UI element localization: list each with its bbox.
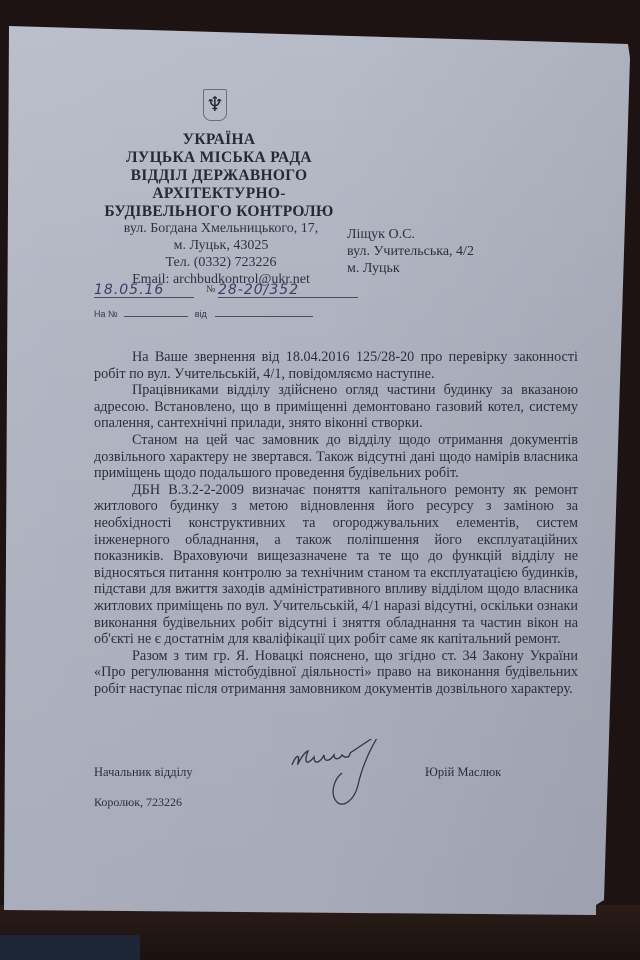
letterhead-line: ЛУЦЬКА МІСЬКА РАДА (90, 149, 348, 167)
body-paragraph: Разом з тим гр. Я. Новацкі пояснено, що … (94, 648, 578, 698)
ukraine-trident-icon: ♆ (203, 89, 227, 121)
registration-number: 28-20/352 (218, 282, 358, 298)
date-underline (94, 297, 194, 298)
body-paragraph: На Ваше звернення від 18.04.2016 125/28-… (94, 349, 578, 382)
recipient-city: м. Луцьк (347, 260, 474, 277)
sender-phone: Тел. (0332) 723226 (96, 254, 346, 271)
letterhead-line: АРХІТЕКТУРНО- (90, 185, 348, 203)
body-paragraph: ДБН В.3.2-2-2009 визначає поняття капіта… (94, 482, 578, 648)
signatory-title: Начальник відділу (94, 765, 193, 780)
recipient-block: Ліщук О.С. вул. Учительська, 4/2 м. Луць… (347, 226, 474, 277)
recipient-name: Ліщук О.С. (347, 226, 474, 243)
signatory-name: Юрій Маслюк (425, 765, 501, 780)
letterhead-line: ВІДДІЛ ДЕРЖАВНОГО (90, 167, 348, 185)
reference-line: На № від (94, 307, 313, 319)
reference-date-field (215, 307, 313, 317)
reference-number-field (124, 307, 188, 317)
reference-date-label: від (195, 309, 207, 319)
registration-number-label: № (206, 284, 217, 295)
letter-body: На Ваше звернення від 18.04.2016 125/28-… (94, 349, 578, 697)
reference-number-label: На № (94, 309, 118, 319)
sender-city: м. Луцьк, 43025 (96, 237, 346, 254)
recipient-street: вул. Учительська, 4/2 (347, 243, 474, 260)
sender-address: вул. Богдана Хмельницького, 17, м. Луцьк… (96, 220, 346, 288)
letterhead-line: УКРАЇНА (90, 131, 348, 149)
body-paragraph: Станом на цей час замовник до відділу що… (94, 432, 578, 482)
number-underline (218, 297, 358, 298)
handwritten-signature (284, 739, 394, 819)
letterhead-line: БУДІВЕЛЬНОГО КОНТРОЛЮ (90, 203, 348, 221)
executor-contact: Королюк, 723226 (94, 795, 182, 810)
body-paragraph: Працівниками відділу здійснено огляд час… (94, 382, 578, 432)
sender-street: вул. Богдана Хмельницького, 17, (96, 220, 346, 237)
letterhead: УКРАЇНА ЛУЦЬКА МІСЬКА РАДА ВІДДІЛ ДЕРЖАВ… (90, 131, 348, 221)
letter-content: ♆ УКРАЇНА ЛУЦЬКА МІСЬКА РАДА ВІДДІЛ ДЕРЖ… (0, 0, 640, 960)
registration-date: 18.05.16 (94, 282, 194, 298)
